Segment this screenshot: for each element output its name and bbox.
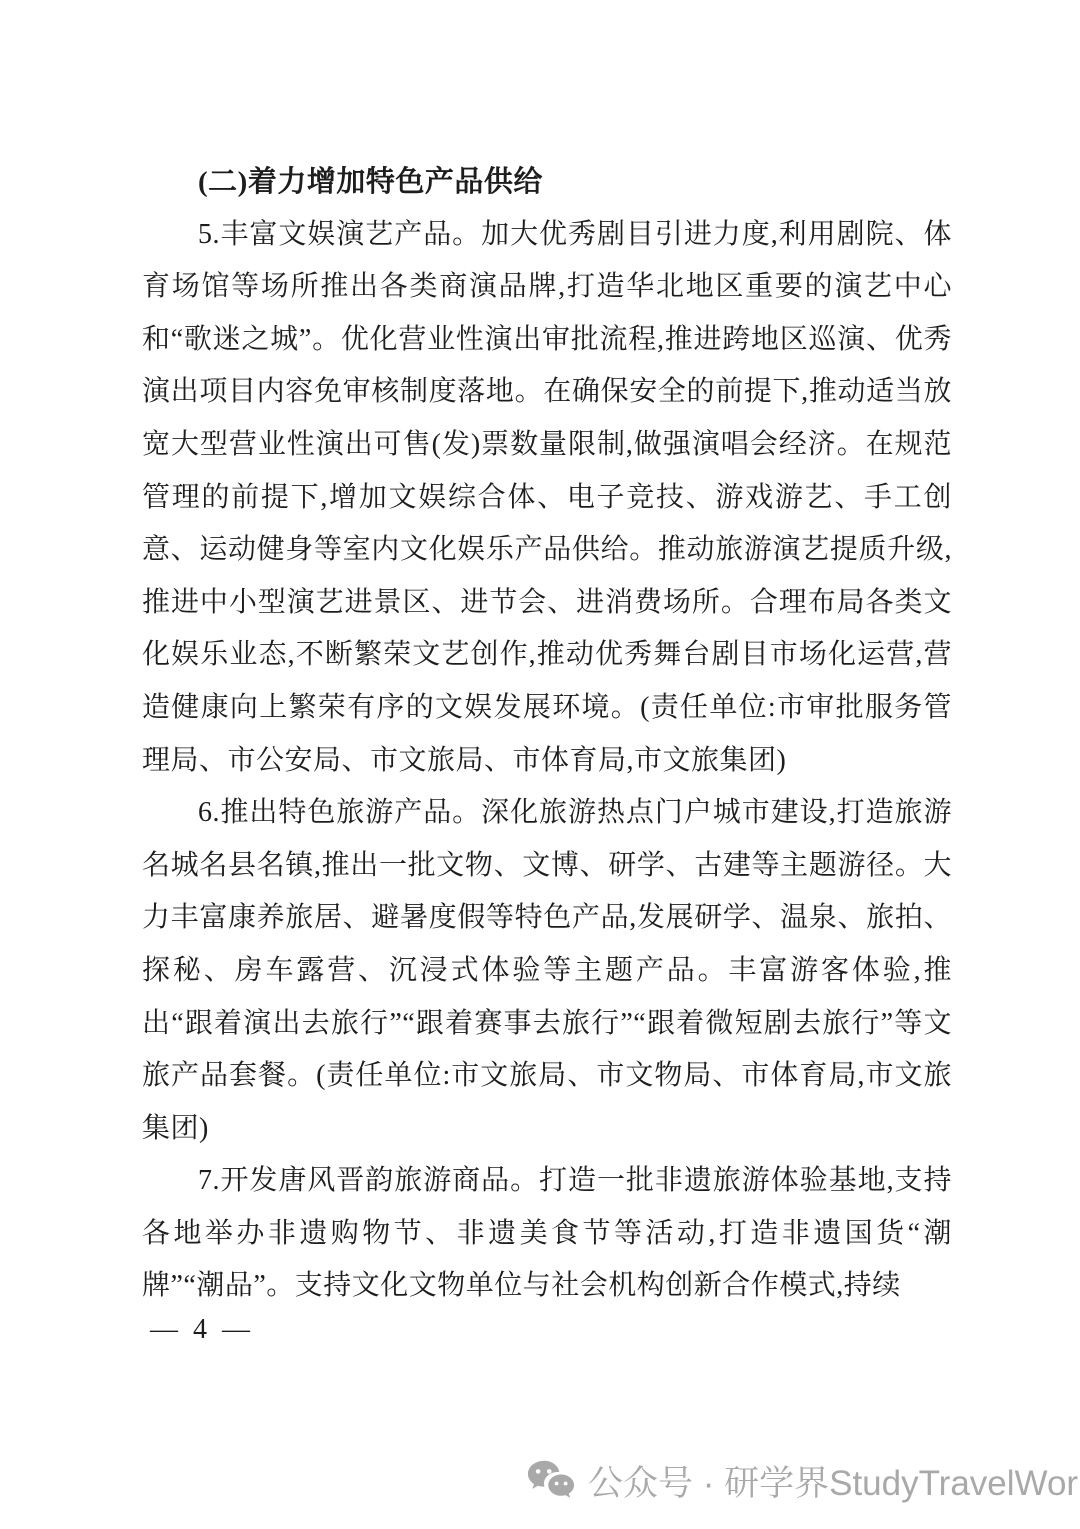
watermark: 公众号 · 研学界StudyTravelWorld	[526, 1456, 1080, 1506]
paragraph-5: 5.丰富文娱演艺产品。加大优秀剧目引进力度,利用剧院、体育场馆等场所推出各类商演…	[142, 209, 952, 788]
watermark-text: 公众号 · 研学界StudyTravelWorld	[588, 1456, 1080, 1506]
document-body: (二)着力增加特色产品供给 5.丰富文娱演艺产品。加大优秀剧目引进力度,利用剧院…	[142, 156, 952, 1313]
page-number: — 4 —	[150, 1314, 254, 1346]
paragraph-6: 6.推出特色旅游产品。深化旅游热点门户城市建设,打造旅游名城名县名镇,推出一批文…	[142, 787, 952, 1155]
document-page: (二)着力增加特色产品供给 5.丰富文娱演艺产品。加大优秀剧目引进力度,利用剧院…	[0, 0, 1080, 1529]
paragraph-7: 7.开发唐风晋韵旅游商品。打造一批非遗旅游体验基地,支持各地举办非遗购物节、非遗…	[142, 1155, 952, 1313]
wechat-icon	[526, 1458, 576, 1504]
section-heading: (二)着力增加特色产品供给	[142, 156, 952, 209]
